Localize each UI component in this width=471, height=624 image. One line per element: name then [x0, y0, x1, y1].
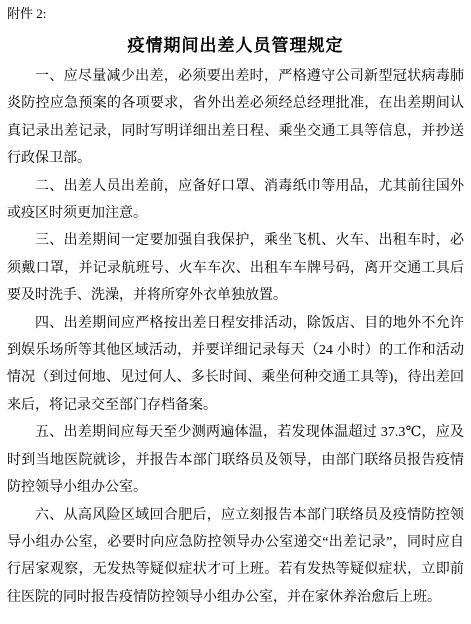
paragraph: 五、出差期间应每天至少测两遍体温，若发现体温超过 37.3℃，应及时到当地医院就…: [7, 419, 464, 501]
document-page: 附件 2: 疫情期间出差人员管理规定 一、应尽量减少出差，必须要出差时，严格遵守…: [0, 0, 471, 624]
page-title: 疫情期间出差人员管理规定: [0, 31, 471, 56]
attachment-label: 附件 2:: [7, 5, 471, 22]
document-body: 一、应尽量减少出差，必须要出差时，严格遵守公司新型冠状病毒肺炎防控应急预案的各项…: [0, 63, 471, 611]
paragraph: 三、出差期间一定要加强自我保护，乘坐飞机、火车、出租车时，必须戴口罩，并记录航班…: [7, 227, 464, 309]
paragraph: 四、出差期间应严格按出差日程安排活动，除饭店、目的地外不允许到娱乐场所等其他区域…: [7, 310, 464, 420]
paragraph: 六、从高风险区域回合肥后，应立刻报告本部门联络员及疫情防控领导小组办公室，必要时…: [7, 502, 464, 612]
paragraph: 一、应尽量减少出差，必须要出差时，严格遵守公司新型冠状病毒肺炎防控应急预案的各项…: [7, 63, 464, 173]
paragraph: 二、出差人员出差前，应备好口罩、消毒纸巾等用品，尤其前往国外或疫区时须更加注意。: [7, 173, 464, 228]
